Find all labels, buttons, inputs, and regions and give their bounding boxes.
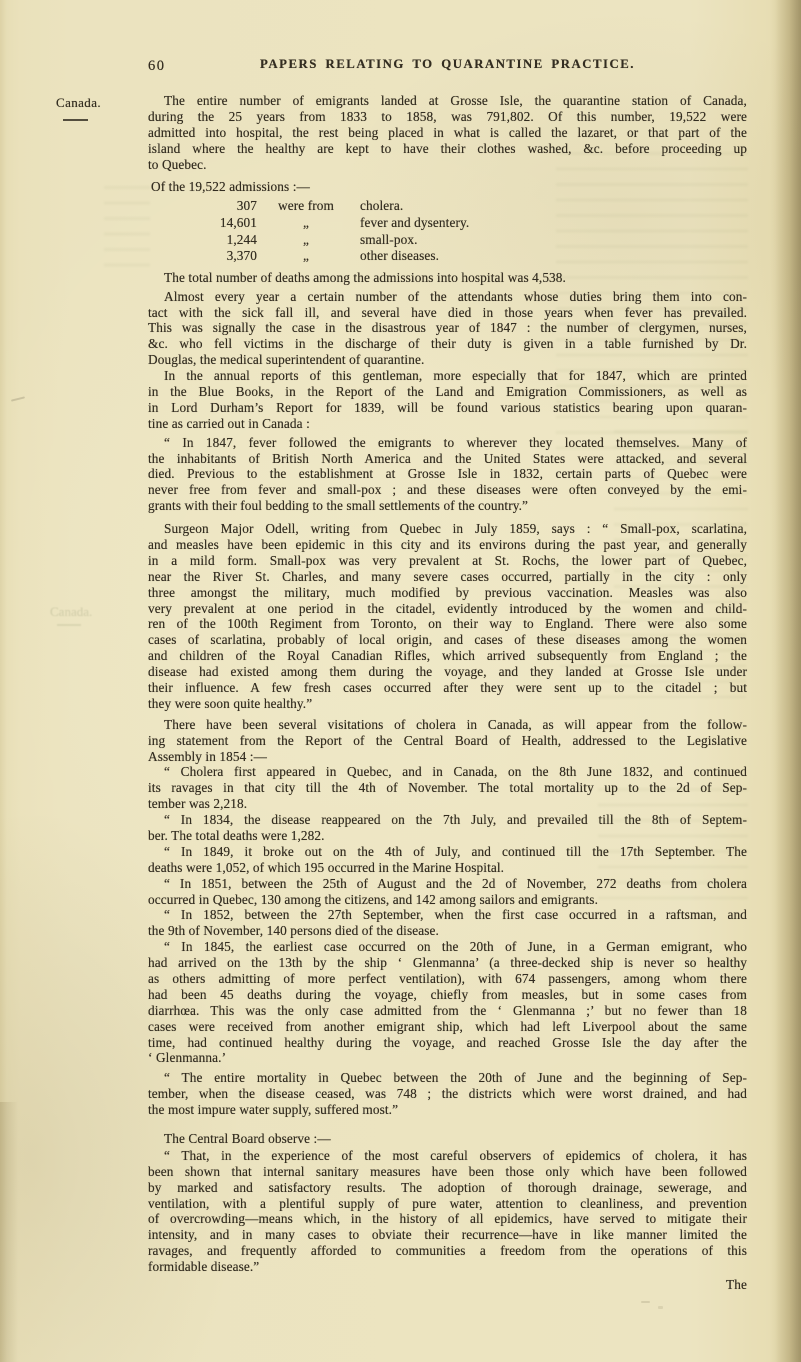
admissions-row: 1,244„small-pox. xyxy=(148,232,747,249)
admission-count: 1,244 xyxy=(148,232,257,249)
text-line: admitted into hospital, the rest being p… xyxy=(148,125,747,141)
ghost-margin-rule xyxy=(57,624,81,626)
central-board-heading: The Central Board observe :— xyxy=(148,1131,747,1147)
text-line: ‘ Glenmanna.’ xyxy=(148,1050,747,1066)
text-line: the most impure water supply, suffered m… xyxy=(148,1102,747,1118)
paragraph-emigrants-landed: The entire number of emigrants landed at… xyxy=(148,93,747,172)
text-line: deaths were 1,052, of which 195 occurred… xyxy=(148,860,747,876)
catchword: The xyxy=(726,1277,747,1292)
text-line: three amongst the military, much modifie… xyxy=(148,585,747,601)
text-line: tember was 2,218. xyxy=(148,796,747,812)
text-line: tember, when the disease ceased, was 748… xyxy=(148,1086,747,1102)
text-line: by marked and satisfactory results. The … xyxy=(148,1180,747,1196)
admissions-list: 307were fromcholera.14,601„fever and dys… xyxy=(148,198,747,264)
text-line: There have been several visitations of c… xyxy=(148,717,747,733)
paper-speck xyxy=(641,1301,650,1303)
text-line: cases of scarlatina, probably of local o… xyxy=(148,632,747,648)
paragraph-cholera-1834: “ In 1834, the disease reappeared on the… xyxy=(148,812,747,844)
bleed-through-patch xyxy=(104,186,150,268)
paragraph-entire-mortality: “ The entire mortality in Quebec between… xyxy=(148,1070,747,1118)
disease-label: cholera. xyxy=(355,198,747,215)
admission-count: 3,370 xyxy=(148,248,257,265)
text-line: &c. who fell victims in the discharge of… xyxy=(148,336,747,352)
page-header: 60 PAPERS RELATING TO QUARANTINE PRACTIC… xyxy=(148,57,747,77)
text-line: occurred in Quebec, 130 among the citize… xyxy=(148,892,747,908)
text-line: Douglas, the medical superintendent of q… xyxy=(148,352,747,368)
paragraph-attendants: Almost every year a certain number of th… xyxy=(148,289,747,368)
text-line: ing statement from the Report of the Cen… xyxy=(148,733,747,749)
text-line: disease had existed among them during th… xyxy=(148,664,747,680)
text-line: tine as carried out in Canada : xyxy=(148,416,747,432)
text-line: and children of the Royal Canadian Rifle… xyxy=(148,648,747,664)
text-line: had been 45 deaths during the voyage, ch… xyxy=(148,987,747,1003)
catchword-row: The xyxy=(148,1277,747,1293)
margin-note-rule xyxy=(63,119,88,121)
text-line: they were soon quite healthy.” xyxy=(148,696,747,712)
text-line: “ In 1847, fever followed the emigrants … xyxy=(148,435,747,451)
text-line: “ In 1845, the earliest case occurred on… xyxy=(148,939,747,955)
paragraph-total-deaths: The total number of deaths among the adm… xyxy=(148,270,747,286)
text-line: “ In 1834, the disease reappeared on the… xyxy=(148,812,747,828)
text-column: The entire number of emigrants landed at… xyxy=(148,93,747,1293)
text-line: time, had continued healthy during the v… xyxy=(148,1035,747,1051)
paper-speck xyxy=(11,396,25,401)
text-line: Assembly in 1854 :— xyxy=(148,749,747,765)
text-line: in a mild form. Small-pox was very preva… xyxy=(148,553,747,569)
text-line: never free from fever and small-pox ; an… xyxy=(148,482,747,498)
ditto-mark: were from xyxy=(257,198,355,215)
text-line: cases were received from another emigran… xyxy=(148,1019,747,1035)
text-line: “ That, in the experience of the most ca… xyxy=(148,1148,747,1164)
text-line: to Quebec. xyxy=(148,157,747,173)
text-line: diarrhœa. This was the only case admitte… xyxy=(148,1003,747,1019)
ditto-mark: „ xyxy=(257,248,355,265)
disease-label: small-pox. xyxy=(355,232,747,249)
text-line: grants with their foul bedding to the sm… xyxy=(148,498,747,514)
admissions-row: 14,601„fever and dysentery. xyxy=(148,215,747,232)
paragraph-cholera-1849: “ In 1849, it broke out on the 4th of Ju… xyxy=(148,844,747,876)
text-line: during the 25 years from 1833 to 1858, w… xyxy=(148,109,747,125)
text-line: island where the healthy are kept to hav… xyxy=(148,141,747,157)
text-line: the inhabitants of British North America… xyxy=(148,451,747,467)
text-line: “ Cholera first appeared in Quebec, and … xyxy=(148,764,747,780)
disease-label: fever and dysentery. xyxy=(355,215,747,232)
text-line: Surgeon Major Odell, writing from Quebec… xyxy=(148,521,747,537)
text-line: near the River St. Charles, and many sev… xyxy=(148,569,747,585)
admission-count: 14,601 xyxy=(148,215,257,232)
text-line: the 9th of November, 140 persons died of… xyxy=(148,923,747,939)
margin-note-canada: Canada. xyxy=(56,95,101,111)
paragraph-cholera-1845-glenmanna: “ In 1845, the earliest case occurred on… xyxy=(148,939,747,1066)
paragraph-cholera-1851: “ In 1851, between the 25th of August an… xyxy=(148,876,747,908)
text-line: Of the 19,522 admissions :— xyxy=(148,179,747,195)
page-number: 60 xyxy=(148,58,166,75)
admissions-row: 307were fromcholera. xyxy=(148,198,747,215)
text-line: This was signally the case in the disast… xyxy=(148,320,747,336)
text-line: The Central Board observe :— xyxy=(148,1131,747,1147)
text-line: The entire number of emigrants landed at… xyxy=(148,93,747,109)
text-line: The total number of deaths among the adm… xyxy=(148,270,747,286)
text-line: ravages, and frequently afforded to comm… xyxy=(148,1243,747,1259)
admissions-row: 3,370„other diseases. xyxy=(148,248,747,265)
paragraph-cholera-1852: “ In 1852, between the 27th September, w… xyxy=(148,907,747,939)
text-line: in Lord Durham’s Report for 1839, will b… xyxy=(148,400,747,416)
ghost-margin-note: Canada. xyxy=(50,604,92,620)
text-line: its ravages in that city till the 4th of… xyxy=(148,780,747,796)
ditto-mark: „ xyxy=(257,215,355,232)
text-line: “ In 1851, between the 25th of August an… xyxy=(148,876,747,892)
paragraph-cholera-visitations: There have been several visitations of c… xyxy=(148,717,747,765)
text-line: in the Blue Books, in the Report of the … xyxy=(148,384,747,400)
text-line: their influence. A few fresh cases occur… xyxy=(148,680,747,696)
paragraph-surgeon-odell: Surgeon Major Odell, writing from Quebec… xyxy=(148,521,747,712)
text-line: died. Previous to the establishment at G… xyxy=(148,466,747,482)
text-line: had arrived on the 13th by the ship ‘ Gl… xyxy=(148,955,747,971)
text-line: “ In 1852, between the 27th September, w… xyxy=(148,907,747,923)
text-line: very prevalent at one period in the cita… xyxy=(148,601,747,617)
admission-count: 307 xyxy=(148,198,257,215)
paragraph-quote-1847: “ In 1847, fever followed the emigrants … xyxy=(148,435,747,514)
admissions-intro: Of the 19,522 admissions :— xyxy=(148,179,747,195)
paragraph-central-board-observe: “ That, in the experience of the most ca… xyxy=(148,1148,747,1275)
text-line: In the annual reports of this gentleman,… xyxy=(148,368,747,384)
text-line: of overcrowding—means which, in the hist… xyxy=(148,1211,747,1227)
text-line: “ The entire mortality in Quebec between… xyxy=(148,1070,747,1086)
text-line: ren of the 100th Regiment from Toronto, … xyxy=(148,616,747,632)
text-line: intensity, and in many cases to obviate … xyxy=(148,1227,747,1243)
text-line: “ In 1849, it broke out on the 4th of Ju… xyxy=(148,844,747,860)
text-line: as others admitting of more perfect vent… xyxy=(148,971,747,987)
text-line: and measles have been epidemic in this c… xyxy=(148,537,747,553)
disease-label: other diseases. xyxy=(355,248,747,265)
text-line: formidable disease.” xyxy=(148,1259,747,1275)
text-line: ber. The total deaths were 1,282. xyxy=(148,828,747,844)
running-title: PAPERS RELATING TO QUARANTINE PRACTICE. xyxy=(148,57,747,72)
paragraph-annual-reports: In the annual reports of this gentleman,… xyxy=(148,368,747,432)
text-line: tact with the sick fall ill, and several… xyxy=(148,305,747,321)
text-line: ventilation, with a plentiful supply of … xyxy=(148,1196,747,1212)
scanned-book-page: 60 PAPERS RELATING TO QUARANTINE PRACTIC… xyxy=(0,0,801,1362)
paper-speck xyxy=(658,1306,663,1309)
text-line: been shown that internal sanitary measur… xyxy=(148,1164,747,1180)
paragraph-cholera-1832: “ Cholera first appeared in Quebec, and … xyxy=(148,764,747,812)
text-line: Almost every year a certain number of th… xyxy=(148,289,747,305)
ditto-mark: „ xyxy=(257,232,355,249)
paper-stain xyxy=(0,1102,18,1362)
